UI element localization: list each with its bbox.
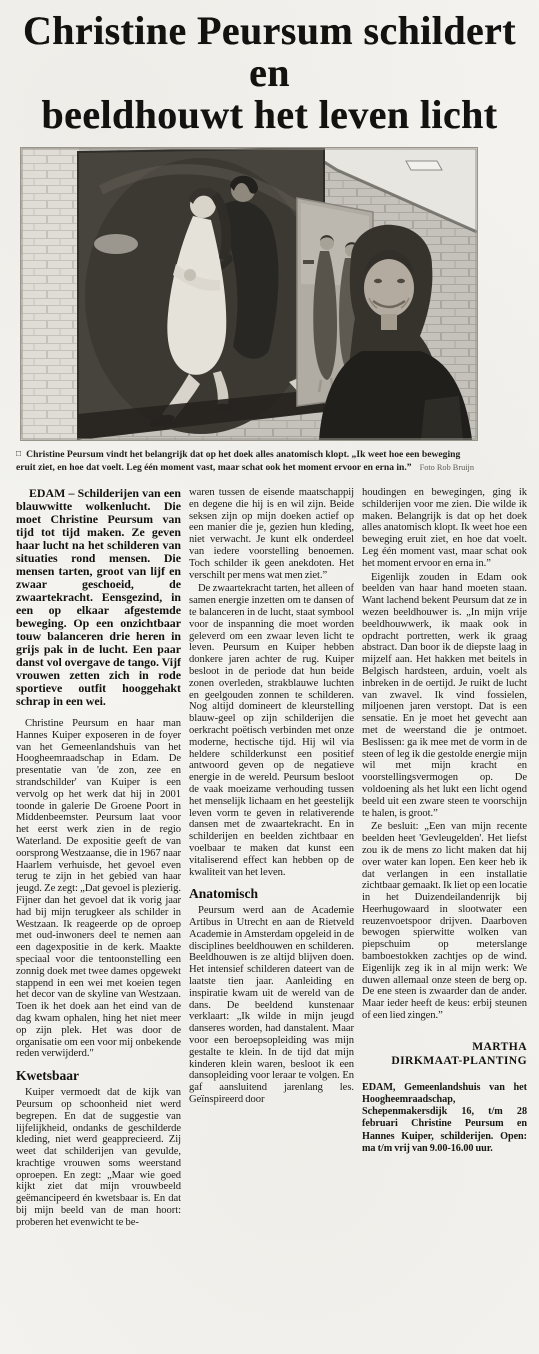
article-photo: □Christine Peursum vindt het belangrijk … bbox=[20, 147, 476, 474]
subhead-kwetsbaar: Kwetsbaar bbox=[16, 1068, 181, 1083]
headline-line-1: Christine Peursum schildert bbox=[0, 10, 539, 52]
paragraph: Ze besluit: „Een van mijn recente beelde… bbox=[362, 821, 527, 1022]
paragraph: Peursum werd aan de Academie Artibus in … bbox=[189, 905, 354, 1106]
exhibition-info: EDAM, Gemeenlandshuis van het Hoogheemra… bbox=[362, 1082, 527, 1155]
paragraph: Kuiper vermoedt dat de kijk van Peursum … bbox=[16, 1087, 181, 1229]
paragraph: De zwaartekracht tarten, het alleen of s… bbox=[189, 583, 354, 878]
article-headline: Christine Peursum schildert en beeldhouw… bbox=[0, 10, 539, 136]
byline: MARTHA DIRKMAAT-PLANTING bbox=[362, 1040, 527, 1068]
photo-caption: □Christine Peursum vindt het belangrijk … bbox=[16, 448, 476, 474]
paragraph: waren tussen de eisende maatschappij en … bbox=[189, 487, 354, 581]
byline-first-name: MARTHA bbox=[362, 1040, 527, 1054]
intro-paragraph: EDAM – Schilderijen van een blauwwitte w… bbox=[16, 487, 181, 708]
paragraph: houdingen en bewegingen, ging ik schilde… bbox=[362, 487, 527, 570]
column-3: houdingen en bewegingen, ging ik schilde… bbox=[362, 487, 527, 1354]
column-1: EDAM – Schilderijen van een blauwwitte w… bbox=[16, 487, 181, 1354]
column-2: waren tussen de eisende maatschappij en … bbox=[189, 487, 354, 1354]
caption-text: Christine Peursum vindt het belangrijk d… bbox=[16, 449, 460, 473]
ceiling-light bbox=[406, 161, 442, 170]
subhead-anatomisch: Anatomisch bbox=[189, 886, 354, 901]
byline-last-name: DIRKMAAT-PLANTING bbox=[362, 1054, 527, 1068]
paragraph: Eigenlijk zouden in Edam ook beelden van… bbox=[362, 572, 527, 820]
left-brick-wall bbox=[21, 148, 79, 440]
photo-image bbox=[20, 147, 478, 441]
chair-back bbox=[421, 396, 463, 440]
caption-marker-icon: □ bbox=[16, 447, 21, 460]
painting-dancing-couple bbox=[78, 148, 324, 439]
headline-line-3: beeldhouwt het leven licht bbox=[0, 94, 539, 136]
photo-credit: Foto Rob Bruijn bbox=[420, 462, 474, 475]
article-body: EDAM – Schilderijen van een blauwwitte w… bbox=[16, 487, 527, 1354]
headline-line-2: en bbox=[0, 52, 539, 94]
paragraph: Christine Peursum en haar man Hannes Kui… bbox=[16, 718, 181, 1060]
